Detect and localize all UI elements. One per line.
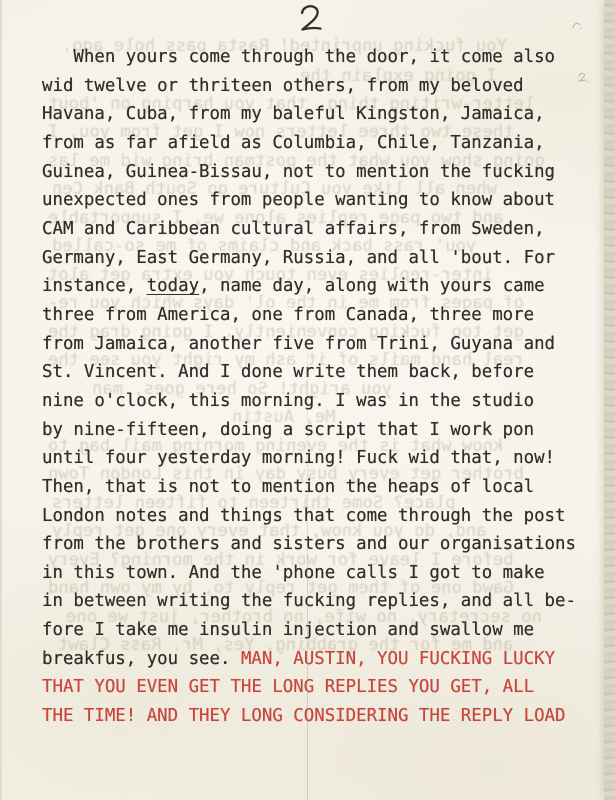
letter-text: by nine-fifteen, doing a script that I w… — [42, 420, 534, 440]
pencil-numeral-mark — [576, 70, 592, 90]
scan-edge-left — [0, 0, 2, 800]
letter-text: from as far afield as Columbia, Chile, T… — [42, 133, 545, 153]
letter-line: nine o'clock, this morning. I was in the… — [42, 387, 587, 416]
handwritten-2-glyph — [296, 3, 326, 35]
letter-line: unexpected ones from people wanting to k… — [42, 186, 587, 215]
letter-line: When yours come through the door, it com… — [42, 43, 587, 72]
letter-line: from as far afield as Columbia, Chile, T… — [42, 129, 587, 158]
letter-line: three from America, one from Canada, thr… — [42, 301, 587, 330]
letter-line: until four yesterday morning! Fuck wid t… — [42, 444, 587, 473]
letter-line: London notes and things that come throug… — [42, 502, 587, 531]
letter-text: Guinea, Guinea-Bissau, not to mention th… — [42, 162, 555, 182]
letter-text: Germany, East Germany, Russia, and all '… — [42, 248, 555, 268]
paper-crease — [307, 0, 308, 800]
scan-edge-right — [604, 0, 615, 800]
letter-text: St. Vincent. And I done write them back,… — [42, 362, 534, 382]
letter-text: instance, — [42, 276, 147, 296]
letter-line: Then, that is not to mention the heaps o… — [42, 473, 587, 502]
letter-text: from the brothers and sisters and our or… — [42, 534, 576, 554]
letter-line: wid twelve or thriteen others, from my b… — [42, 72, 587, 101]
letter-text: unexpected ones from people wanting to k… — [42, 190, 555, 210]
letter-text: Then, that is not to mention the heaps o… — [42, 477, 534, 497]
letter-line: in between writing the fucking replies, … — [42, 587, 587, 616]
letter-line: from the brothers and sisters and our or… — [42, 530, 587, 559]
letter-line: Guinea, Guinea-Bissau, not to mention th… — [42, 158, 587, 187]
letter-text: , name day, along with yours came — [199, 276, 545, 296]
letter-line: in this town. And the 'phone calls I got… — [42, 559, 587, 588]
letter-text: from Jamaica, another five from Trini, G… — [42, 334, 555, 354]
letter-body: When yours come through the door, it com… — [42, 43, 587, 731]
letter-text: three from America, one from Canada, thr… — [42, 305, 534, 325]
letter-line: Havana, Cuba, from my baleful Kingston, … — [42, 100, 587, 129]
letter-text: fore I take me insulin injection and swa… — [42, 620, 534, 640]
letter-text: breakfus, you see. — [42, 649, 241, 669]
letter-text: Havana, Cuba, from my baleful Kingston, … — [42, 104, 545, 124]
letter-text: in between writing the fucking replies, … — [42, 591, 576, 611]
letter-text: When yours come through the door, it com… — [42, 47, 555, 67]
letter-page: You fucking unprinted! Rasta pass hole a… — [0, 0, 615, 800]
letter-line: THE TIME! AND THEY LONG CONSIDERING THE … — [42, 702, 587, 731]
letter-line: by nine-fifteen, doing a script that I w… — [42, 416, 587, 445]
letter-line: St. Vincent. And I done write them back,… — [42, 358, 587, 387]
letter-text-red: THAT YOU EVEN GET THE LONG REPLIES YOU G… — [42, 677, 534, 697]
letter-text: wid twelve or thriteen others, from my b… — [42, 76, 524, 96]
letter-text: nine o'clock, this morning. I was in the… — [42, 391, 534, 411]
letter-line: CAM and Caribbean cultural affairs, from… — [42, 215, 587, 244]
letter-text: in this town. And the 'phone calls I got… — [42, 563, 545, 583]
letter-line: from Jamaica, another five from Trini, G… — [42, 330, 587, 359]
letter-text: London notes and things that come throug… — [42, 506, 566, 526]
page-number: 2 — [296, 3, 326, 35]
letter-line: Germany, East Germany, Russia, and all '… — [42, 244, 587, 273]
pencil-squiggle-mark — [570, 18, 584, 37]
letter-line: THAT YOU EVEN GET THE LONG REPLIES YOU G… — [42, 673, 587, 702]
page-number-text: 2 — [296, 35, 297, 36]
letter-text: until four yesterday morning! Fuck wid t… — [42, 448, 555, 468]
letter-text-underlined: today — [147, 276, 199, 296]
letter-text-red: THE TIME! AND THEY LONG CONSIDERING THE … — [42, 706, 566, 726]
letter-line: fore I take me insulin injection and swa… — [42, 616, 587, 645]
letter-line: instance, today, name day, along with yo… — [42, 272, 587, 301]
letter-text: CAM and Caribbean cultural affairs, from… — [42, 219, 545, 239]
letter-line: breakfus, you see. MAN, AUSTIN, YOU FUCK… — [42, 645, 587, 674]
letter-text-red: MAN, AUSTIN, YOU FUCKING LUCKY — [241, 649, 555, 669]
